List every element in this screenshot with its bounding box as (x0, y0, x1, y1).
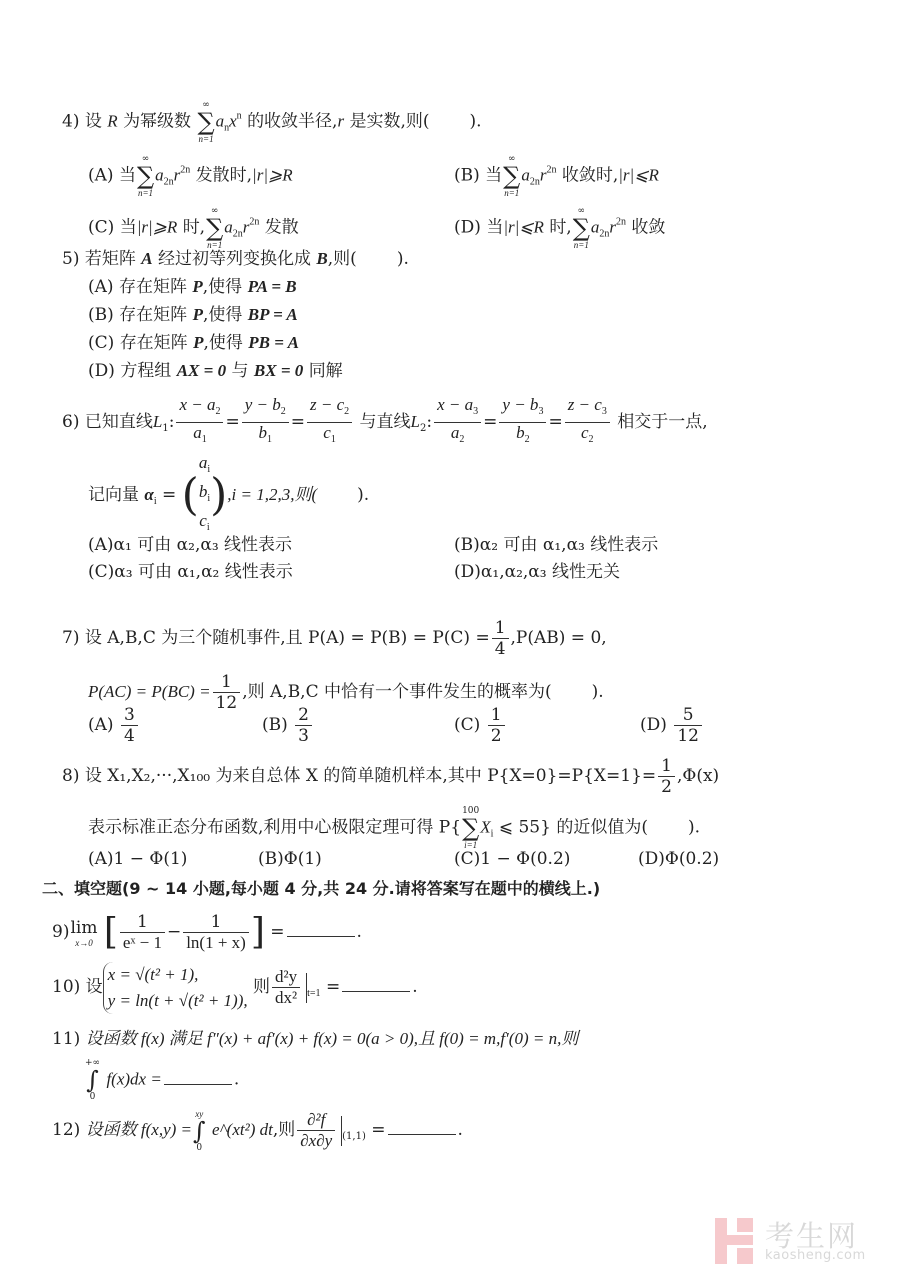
option-text: 存在矩阵 (119, 277, 187, 297)
fraction: y − b2b1 (242, 395, 289, 450)
math-expr: |r|⩾R (137, 218, 178, 237)
kaosheng-logo-icon (715, 1218, 753, 1264)
question-number: 5) (62, 249, 79, 269)
question-8-stem: 8) 设 X₁,X₂,···,X₁₀₀ 为来自总体 X 的简单随机样本,其中 P… (62, 756, 719, 797)
fraction: 23 (295, 705, 312, 746)
stem-text: 设 A,B,C 为三个随机事件,且 P(A) = P(B) = P(C) = (85, 628, 490, 648)
option-text: α₂ 可由 α₁,α₃ 线性表示 (480, 535, 659, 555)
stem-text: 设函数 f(x) 满足 f″(x) + af′(x) + f(x) = 0(a … (86, 1029, 579, 1048)
question-5-option-c[interactable]: (C) 存在矩阵 P,使得 PB = A (88, 332, 299, 354)
right-bracket-icon: ] (251, 912, 265, 953)
stem-text: 已知直线 (85, 412, 153, 432)
fraction: 112 (213, 672, 241, 713)
stem-text: 的近似值为( (556, 818, 648, 838)
math-expr: BX = 0 (254, 361, 303, 380)
question-4-stem: 4) 设 R 为幂级数 ∞ ∑ n=1 anxn 的收敛半径,r 是实数,则()… (62, 100, 482, 144)
question-7-option-b[interactable]: (B) 23 (262, 705, 314, 746)
stem-text: 是实数,则( (350, 112, 430, 132)
option-label: (D) (454, 562, 481, 582)
option-label: (A) (88, 715, 114, 735)
question-number: 6) (62, 412, 79, 432)
option-text: 发散时, (196, 166, 252, 186)
fraction: z − c2c1 (307, 395, 352, 450)
option-text: α₃ 可由 α₁,α₂ 线性表示 (114, 562, 293, 582)
limit-operator: limx→0 (70, 918, 97, 948)
option-label: (B) (258, 849, 284, 869)
fraction: 1eˣ − 1 (120, 912, 165, 953)
question-7-stem: 7) 设 A,B,C 为三个随机事件,且 P(A) = P(B) = P(C) … (62, 618, 607, 659)
question-5-option-b[interactable]: (B) 存在矩阵 P,使得 BP = A (88, 304, 298, 326)
math-expr: |r|⩾R (252, 166, 293, 185)
math-expr: P(AC) = P(BC) = (88, 682, 211, 701)
question-7-stem-line2: P(AC) = P(BC) =112,则 A,B,C 中恰有一个事件发生的概率为… (88, 672, 604, 713)
integral-sign: xy∫0 (193, 1109, 206, 1153)
stem-text: ,则( (328, 249, 357, 269)
question-number: 8) (62, 766, 79, 786)
answer-blank[interactable] (342, 977, 410, 992)
question-8-stem-line2: 表示标准正态分布函数,利用中心极限定理可得 P{100∑i=1Xi ⩽ 55} … (88, 806, 700, 850)
summation-sign: ∞ ∑ n=1 (197, 100, 214, 144)
watermark-url: kaosheng.com (765, 1248, 866, 1263)
question-6-vector-definition: 记向量 αi = (aibici),i = 1,2,3,则(). (88, 452, 369, 518)
question-12: 12) 设函数 f(x,y) =xy∫0 e^(xt²) dt,则∂²f∂x∂y… (52, 1108, 463, 1159)
matrix-var: P (192, 277, 202, 296)
fraction: z − c3c2 (565, 395, 610, 450)
math-var: R (107, 112, 117, 131)
answer-blank[interactable] (164, 1070, 232, 1085)
stem-text: 表示标准正态分布函数,利用中心极限定理可得 P{ (88, 818, 461, 838)
math-sub: 2n (233, 229, 243, 240)
matrix-var: A (141, 249, 152, 268)
option-label: (D) (638, 849, 665, 869)
math-expr: |r|⩽R (503, 218, 544, 237)
stem-text: 设函数 f(x,y) = (86, 1120, 192, 1139)
math-sub: 1 (162, 423, 168, 434)
math-sub: 2n (530, 177, 540, 188)
question-8-option-a[interactable]: (A)1 − Φ(1) (88, 848, 187, 870)
integral-sign: +∞∫0 (85, 1058, 100, 1102)
option-label: (C) (88, 218, 114, 238)
math-expr: PA = B (248, 277, 297, 296)
option-text: 1 − Φ(0.2) (480, 849, 570, 869)
math-sup: 2n (616, 217, 626, 228)
stem-text: 设 (86, 977, 103, 997)
math-expr: |r|⩽R (618, 166, 659, 185)
stem-text: 相交于一点, (617, 412, 707, 432)
left-bracket-icon: [ (104, 912, 118, 953)
math-sup: n (237, 111, 242, 122)
question-6-option-b[interactable]: (B)α₂ 可由 α₁,α₃ 线性表示 (454, 534, 658, 556)
option-label: (A) (88, 277, 114, 297)
question-8-option-c[interactable]: (C)1 − Φ(0.2) (454, 848, 570, 870)
option-label: (C) (88, 562, 114, 582)
option-text: 收敛 (631, 218, 665, 238)
section-header-fill-in: 二、填空题(9 ~ 14 小题,每小题 4 分,共 24 分.请将答案写在题中的… (42, 878, 600, 900)
fraction: 34 (121, 705, 138, 746)
option-text: 存在矩阵 (119, 305, 187, 325)
question-4-option-c[interactable]: (C) 当|r|⩾R 时,∞∑n=1a2nr2n 发散 (88, 206, 299, 250)
option-label: (B) (262, 715, 288, 735)
summation-sign: ∞∑n=1 (206, 206, 223, 250)
matrix-var: P (193, 333, 203, 352)
summation-sign: ∞∑n=1 (573, 206, 590, 250)
fraction: ∂²f∂x∂y (297, 1110, 335, 1151)
option-text: α₁ 可由 α₂,α₃ 线性表示 (114, 535, 293, 555)
matrix-var: P (193, 305, 203, 324)
question-8-option-b[interactable]: (B)Φ(1) (258, 848, 322, 870)
question-7-option-c[interactable]: (C) 12 (454, 705, 507, 746)
option-text: Φ(0.2) (665, 849, 719, 869)
option-text: 与 (232, 361, 249, 381)
question-10: 10) 设x = √(t² + 1),y = ln(t + √(t² + 1))… (52, 960, 418, 1021)
math-sub: 2n (599, 229, 609, 240)
question-6-stem: 6) 已知直线L1:x − a2a1=y − b2b1=z − c2c1 与直线… (62, 395, 708, 450)
option-label: (B) (454, 535, 480, 555)
question-11-integral: +∞∫0 f(x)dx =. (84, 1058, 239, 1102)
question-5-option-a[interactable]: (A) 存在矩阵 P,使得 PA = B (88, 276, 297, 298)
question-number: 4) (62, 112, 79, 132)
math-sub: 2n (164, 177, 174, 188)
question-7-option-a[interactable]: (A) 34 (88, 705, 140, 746)
matrix-var: B (316, 249, 327, 268)
stem-text: ). (688, 818, 700, 838)
question-5-option-d[interactable]: (D) 方程组 AX = 0 与 BX = 0 同解 (88, 360, 343, 382)
fraction: 12 (488, 705, 505, 746)
stem-text: 与直线 (360, 412, 411, 432)
watermark: 考生网 kaosheng.com (715, 1218, 895, 1268)
option-text: 同解 (309, 361, 343, 381)
option-text: 当 (486, 218, 503, 238)
stem-text: 设 (85, 112, 102, 132)
stem-text: ,则 A,B,C 中恰有一个事件发生的概率为( (242, 682, 551, 702)
question-4-option-a[interactable]: (A) 当∞∑n=1a2nr2n 发散时,|r|⩾R (88, 154, 293, 198)
question-4-option-d[interactable]: (D) 当|r|⩽R 时,∞∑n=1a2nr2n 收敛 (454, 206, 665, 250)
math-expr: ⩽ 55} (499, 818, 551, 838)
answer-blank[interactable] (388, 1120, 456, 1135)
option-text: α₁,α₂,α₃ 线性无关 (481, 562, 620, 582)
stem-text: ). (397, 249, 409, 269)
question-number: 11) (52, 1029, 80, 1049)
question-7-option-d[interactable]: (D) 512 (640, 705, 704, 746)
stem-text: 记向量 (88, 485, 139, 505)
option-text: 发散 (265, 218, 299, 238)
option-text: 时, (549, 218, 571, 238)
math-sub: i (491, 829, 494, 840)
option-label: (A) (88, 166, 114, 186)
fraction: 1ln(1 + x) (183, 912, 249, 953)
math-var: a (216, 112, 225, 131)
math-var: r (337, 112, 344, 131)
stem-text: ,P(AB) = 0, (511, 628, 607, 648)
fraction: x − a2a1 (176, 395, 223, 450)
question-11-stem: 11) 设函数 f(x) 满足 f″(x) + af′(x) + f(x) = … (52, 1028, 578, 1050)
math-var: a (224, 218, 233, 237)
question-6-option-c[interactable]: (C)α₃ 可由 α₁,α₂ 线性表示 (88, 561, 293, 583)
option-text: 1 − Φ(1) (114, 849, 188, 869)
question-9: 9)limx→0 [1eˣ − 1−1ln(1 + x)] =. (52, 912, 362, 953)
question-number: 12) (52, 1120, 80, 1140)
summation-sign: ∞∑n=1 (503, 154, 520, 198)
option-label: (A) (88, 849, 114, 869)
sum-lower: n=1 (197, 134, 214, 144)
left-paren-icon: ( (182, 470, 199, 521)
option-text: 当 (120, 218, 137, 238)
option-label: (C) (454, 849, 480, 869)
fraction: x − a3a2 (434, 395, 481, 450)
math-sup: 2n (180, 165, 190, 176)
fraction: y − b3b2 (499, 395, 546, 450)
question-6-option-a[interactable]: (A)α₁ 可由 α₂,α₃ 线性表示 (88, 534, 292, 556)
fraction: 14 (492, 618, 509, 659)
option-label: (B) (88, 305, 114, 325)
option-label: (A) (88, 535, 114, 555)
math-sub: i (154, 496, 157, 507)
question-6-option-d[interactable]: (D)α₁,α₂,α₃ 线性无关 (454, 561, 620, 583)
stem-text: 为幂级数 (123, 112, 191, 132)
stem-text: 经过初等列变换化成 (158, 249, 311, 269)
option-text: 当 (119, 166, 136, 186)
option-label: (D) (88, 361, 115, 381)
math-sub: 2 (420, 423, 426, 434)
option-label: (C) (88, 333, 114, 353)
option-text: 收敛时, (562, 166, 618, 186)
question-number: 10) (52, 977, 80, 997)
option-text: ,使得 (203, 277, 242, 297)
stem-text: ). (357, 485, 369, 505)
option-text: 方程组 (120, 361, 171, 381)
stem-text: ). (592, 682, 604, 702)
stem-text: ,Φ(x) (677, 766, 719, 786)
math-sup: 2n (249, 217, 259, 228)
stem-text: ). (470, 112, 482, 132)
math-var: L (411, 412, 420, 431)
fraction: 512 (674, 705, 702, 746)
math-expr: PB = A (248, 333, 299, 352)
summation-sign: ∞∑n=1 (137, 154, 154, 198)
math-var: r (609, 218, 616, 237)
option-label: (D) (454, 218, 481, 238)
math-var: a (155, 166, 164, 185)
option-label: (C) (454, 715, 480, 735)
question-8-option-d[interactable]: (D)Φ(0.2) (638, 848, 719, 870)
math-var: x (229, 112, 237, 131)
fraction: 12 (658, 756, 675, 797)
question-number: 9) (52, 922, 69, 942)
stem-text: 的收敛半径, (247, 112, 337, 132)
option-label: (D) (640, 715, 667, 735)
answer-blank[interactable] (287, 922, 355, 937)
stem-text: 若矩阵 (85, 249, 136, 269)
stem-text: 设 X₁,X₂,···,X₁₀₀ 为来自总体 X 的简单随机样本,其中 P{X=… (85, 766, 656, 786)
option-text: ,使得 (203, 305, 242, 325)
option-text: ,使得 (203, 333, 242, 353)
option-text: Φ(1) (284, 849, 322, 869)
stem-text: ,i = 1,2,3,则( (227, 485, 317, 504)
option-label: (B) (454, 166, 480, 186)
math-expr: BP = A (248, 305, 298, 324)
right-paren-icon: ) (210, 470, 227, 521)
equation-system: x = √(t² + 1),y = ln(t + √(t² + 1)), (103, 962, 248, 1014)
option-text: 当 (485, 166, 502, 186)
question-number: 7) (62, 628, 79, 648)
math-var: a (521, 166, 530, 185)
math-sup: 2n (546, 165, 556, 176)
math-expr: AX = 0 (177, 361, 226, 380)
summation-sign: 100∑i=1 (462, 806, 479, 850)
column-vector: aibici (199, 452, 210, 539)
fraction: d²ydx² (272, 967, 300, 1008)
math-var: L (153, 412, 162, 431)
math-var: α (144, 485, 153, 504)
math-var: X (480, 818, 490, 837)
option-text: 时, (183, 218, 205, 238)
question-5-stem: 5) 若矩阵 A 经过初等列变换化成 B,则(). (62, 248, 409, 270)
question-4-option-b[interactable]: (B) 当∞∑n=1a2nr2n 收敛时,|r|⩽R (454, 154, 659, 198)
option-text: 存在矩阵 (120, 333, 188, 353)
